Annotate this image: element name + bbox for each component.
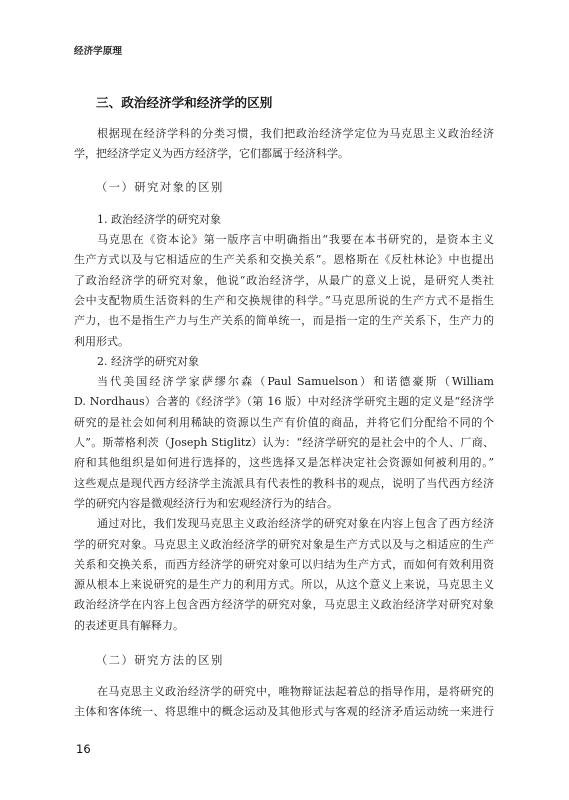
subsection-title: （一）研究对象的区别 [74,178,494,198]
subsection-1: （一）研究对象的区别 [74,178,494,198]
text-line: 的表述更具有解释力。 [74,616,494,636]
intro-paragraph: 根据现在经济学科的分类习惯，我们把政治经济学定位为马克思主义政治经济 学，把经济… [74,124,494,165]
text-line: 学的研究对象。马克思主义政治经济学的研究对象是生产方式以及与之相适应的生产 [74,535,494,555]
page-number: 16 [76,741,91,757]
text-line: 会中支配物质生活资料的生产和交换规律的科学。”马克思所说的生产方式不是指生 [74,291,494,311]
text-line: 利用形式。 [74,332,494,352]
text-line: 主体和客体统一、将思维中的概念运动及其他形式与客观的经济矛盾运动统一来进行 [74,702,494,722]
text-line: 当代美国经济学家萨缪尔森（Paul Samuelson）和诺德豪斯（Willia… [74,372,494,392]
text-line: 生产方式以及与它相适应的生产关系和交换关系”。恩格斯在《反杜林论》中也提出 [74,250,494,270]
text-line: 关系和交换关系，而西方经济学的研究对象可以归结为生产方式，而如何有效利用资 [74,555,494,575]
text-line: D. Nordhaus）合著的《经济学》（第 16 版）中对经济学研究主题的定义… [74,392,494,412]
subsection-title: （二）研究方法的区别 [74,651,494,671]
subsection-1-body: 1. 政治经济学的研究对象 马克思在《资本论》第一版序言中明确指出“我要在本书研… [74,210,494,636]
text-line: 人”。斯蒂格利茨（Joseph Stiglitz）认为：“经济学研究的是社会中的… [74,433,494,453]
text-line: 产力，也不是指生产力与生产关系的简单统一，而是指一定的生产关系下，生产力的 [74,311,494,331]
text-line: 政治经济学在内容上包含西方经济学的研究对象，马克思主义政治经济学对研究对象 [74,595,494,615]
text-line: 研究的是社会如何利用稀缺的资源以生产有价值的商品，并将它们分配给不同的个 [74,413,494,433]
text-line: 在马克思主义政治经济学的研究中，唯物辩证法起着总的指导作用，是将研究的 [74,682,494,702]
text-line: 根据现在经济学科的分类习惯，我们把政治经济学定位为马克思主义政治经济 [74,124,494,144]
section-title: 三、政治经济学和经济学的区别 [96,93,272,113]
subsection-2: （二）研究方法的区别 [74,651,494,671]
document-page: 经济学原理 三、政治经济学和经济学的区别 根据现在经济学科的分类习惯，我们把政治… [0,0,569,800]
text-line: 这些观点是现代西方经济学主流派具有代表性的教科书的观点，说明了当代西方经济 [74,474,494,494]
item-title-2: 2. 经济学的研究对象 [74,352,494,372]
subsection-2-body: 在马克思主义政治经济学的研究中，唯物辩证法起着总的指导作用，是将研究的 主体和客… [74,682,494,723]
text-line: 源从根本上来说研究的是生产力的利用方式。所以，从这个意义上来说，马克思主义 [74,575,494,595]
running-header: 经济学原理 [74,45,122,59]
item-title-1: 1. 政治经济学的研究对象 [74,210,494,230]
text-line: 学的研究内容是微观经济行为和宏观经济行为的结合。 [74,494,494,514]
text-line: 通过对比，我们发现马克思主义政治经济学的研究对象在内容上包含了西方经济 [74,514,494,534]
text-line: 学，把经济学定义为西方经济学，它们都属于经济科学。 [74,144,494,164]
text-line: 府和其他组织是如何进行选择的，这些选择又是怎样决定社会资源如何被利用的。” [74,453,494,473]
text-line: 马克思在《资本论》第一版序言中明确指出“我要在本书研究的，是资本主义 [74,230,494,250]
text-line: 了政治经济学的研究对象，他说“政治经济学，从最广的意义上说，是研究人类社 [74,271,494,291]
